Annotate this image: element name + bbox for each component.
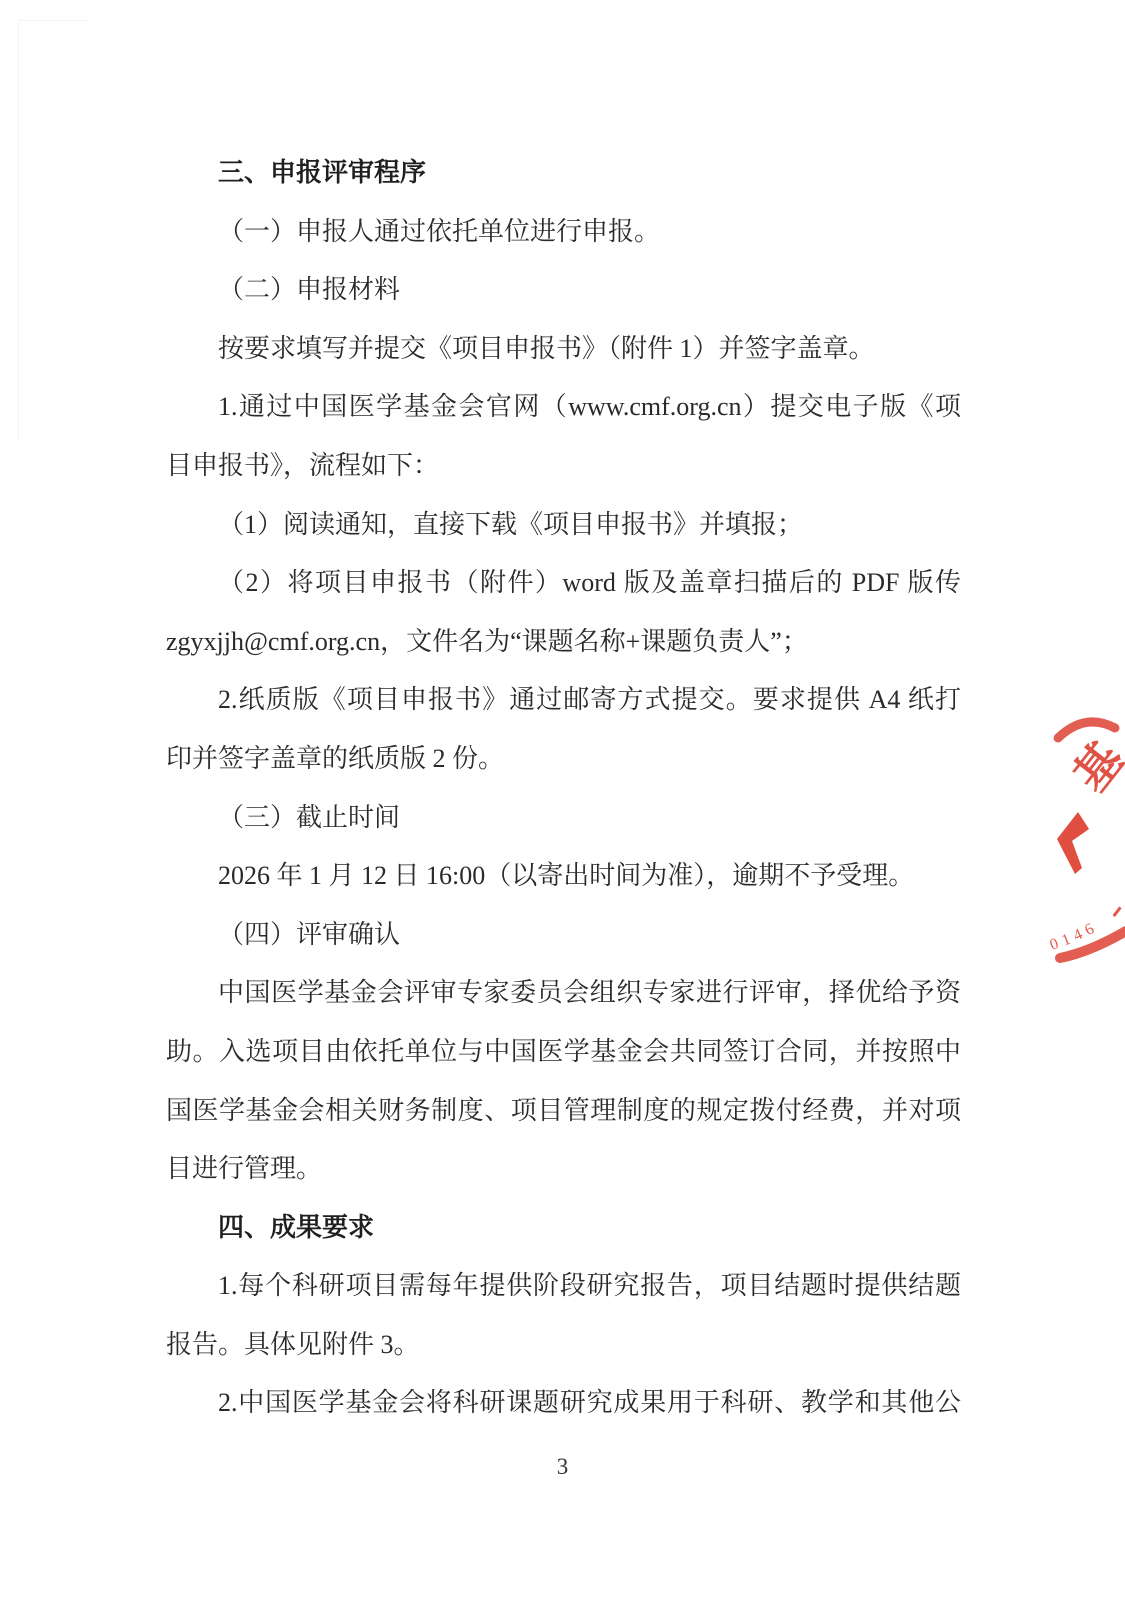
- text-line: （1）阅读通知，直接下载《项目申报书》并填报；: [166, 496, 961, 555]
- scan-edge-artifact: [18, 20, 88, 21]
- text-line: 四、成果要求: [166, 1199, 961, 1258]
- text-line: 2026 年 1 月 12 日 16:00（以寄出时间为准），逾期不予受理。: [166, 847, 961, 906]
- text-line: 2.中国医学基金会将科研课题研究成果用于科研、教学和其他公: [166, 1374, 961, 1433]
- text-line: 按要求填写并提交《项目申报书》（附件 1）并签字盖章。: [166, 320, 961, 379]
- seal-arc-bottom: [1060, 931, 1125, 958]
- text-line: 报告。具体见附件 3。: [166, 1316, 961, 1375]
- text-line: （一）申报人通过依托单位进行申报。: [166, 203, 961, 262]
- seal-ring-char: 基: [1065, 733, 1125, 801]
- text-line: （四）评审确认: [166, 906, 961, 965]
- text-line: 国医学基金会相关财务制度、项目管理制度的规定拨付经费，并对项: [166, 1082, 961, 1141]
- document-page: 三、申报评审程序（一）申报人通过依托单位进行申报。（二）申报材料按要求填写并提交…: [0, 0, 1125, 1600]
- text-line: （三）截止时间: [166, 789, 961, 848]
- text-line: 目进行管理。: [166, 1140, 961, 1199]
- scan-edge-artifact: [18, 22, 19, 442]
- text-line: 助。入选项目由依托单位与中国医学基金会共同签订合同，并按照中: [166, 1023, 961, 1082]
- seal-star-point: [1057, 812, 1089, 874]
- seal-serial-number: 0146: [1048, 918, 1102, 954]
- text-line: （二）申报材料: [166, 261, 961, 320]
- text-line: 1.每个科研项目需每年提供阶段研究报告，项目结题时提供结题: [166, 1257, 961, 1316]
- text-line: 印并签字盖章的纸质版 2 份。: [166, 730, 961, 789]
- text-line: 三、申报评审程序: [166, 144, 961, 203]
- text-line: 2.纸质版《项目申报书》通过邮寄方式提交。要求提供 A4 纸打: [166, 671, 961, 730]
- document-body: 三、申报评审程序（一）申报人通过依托单位进行申报。（二）申报材料按要求填写并提交…: [166, 144, 961, 1433]
- text-line: （2）将项目申报书（附件）word 版及盖章扫描后的 PDF 版传至：: [166, 554, 961, 613]
- text-line: 中国医学基金会评审专家委员会组织专家进行评审，择优给予资: [166, 964, 961, 1023]
- text-line: zgyxjjh@cmf.org.cn，文件名为“课题名称+课题负责人”；: [166, 613, 961, 672]
- seal-serial-tick: [1113, 906, 1122, 917]
- text-line: 目申报书》，流程如下：: [166, 437, 961, 496]
- text-line: 1.通过中国医学基金会官网（www.cmf.org.cn）提交电子版《项: [166, 378, 961, 437]
- seal-arc-top: [1058, 722, 1115, 738]
- official-seal-stamp: 基 0146: [1030, 690, 1125, 980]
- page-number: 3: [0, 1438, 1125, 1496]
